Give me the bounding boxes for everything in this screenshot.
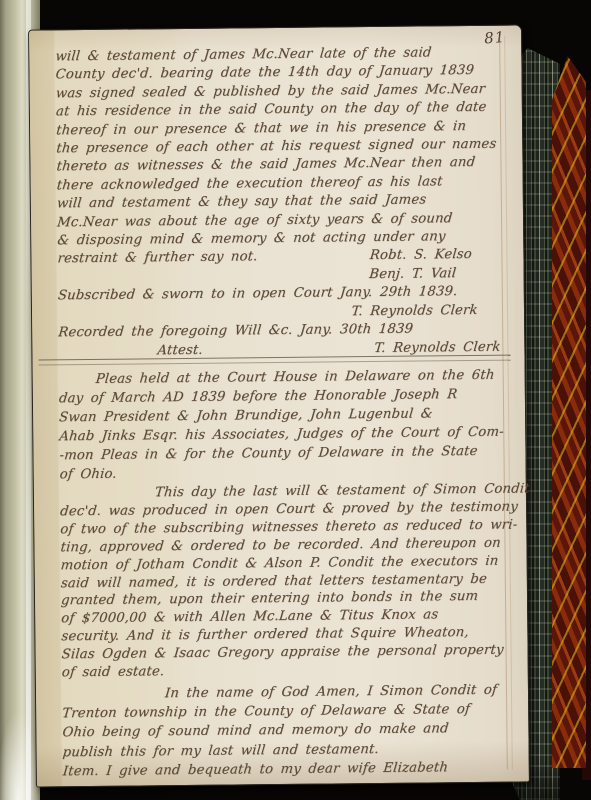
court-session-heading: Pleas held at the Court House in Delawar… xyxy=(59,366,506,485)
line-text: of said estate. xyxy=(61,663,165,682)
line-signature-text: Robt. S. Kelso xyxy=(369,246,473,265)
record-condit-probate: This day the last will & testament of Si… xyxy=(60,481,508,683)
line-text: restraint & further say not. xyxy=(57,249,259,270)
text-line: Item. I give and bequeath to my dear wif… xyxy=(62,757,510,781)
line-text xyxy=(57,269,59,287)
photo-background: 81 will & testament of James Mc.Near lat… xyxy=(0,0,591,800)
line-text: of Ohio. xyxy=(59,465,118,485)
line-text: Item. I give and bequeath to my dear wif… xyxy=(62,758,449,781)
line-text xyxy=(57,306,59,324)
line-signature-text: T. Reynolds Clerk xyxy=(350,302,478,322)
ledger-page: 81 will & testament of James Mc.Near lat… xyxy=(29,25,529,786)
marbled-cover-edge xyxy=(552,56,586,768)
condit-will-text: In the name of God Amen, I Simon Condit … xyxy=(62,681,509,782)
text-line: of said estate. xyxy=(61,660,509,683)
line-signature-text: Benj. T. Vail xyxy=(368,265,457,284)
record-mcnear-will: will & testament of James Mc.Near late o… xyxy=(55,44,504,362)
